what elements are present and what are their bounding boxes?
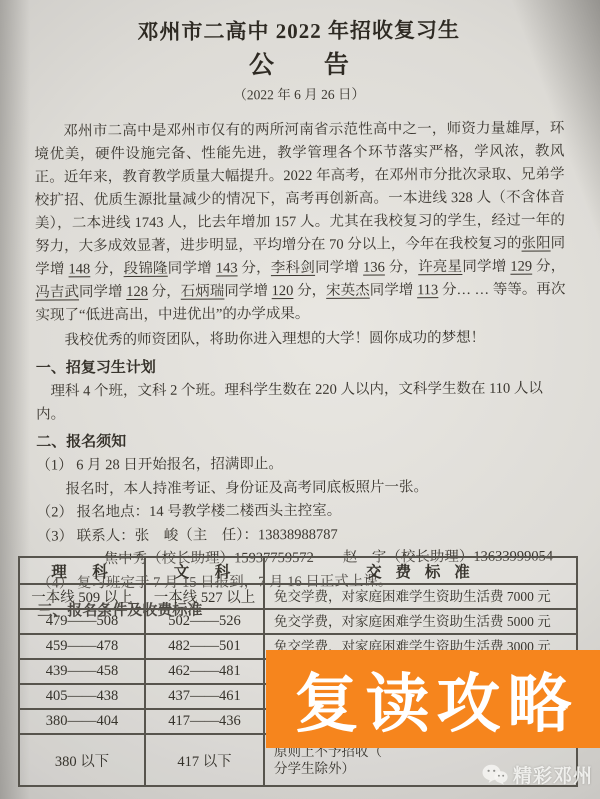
- liberal-arts-score-cell: 482——501: [145, 634, 264, 659]
- intro-text: 同学增: [224, 283, 271, 299]
- liberal-arts-score-cell: 502——526: [145, 609, 264, 634]
- science-score-cell: 439——458: [19, 659, 145, 684]
- section-1-heading: 一、招复习生计划: [36, 354, 566, 380]
- science-score-cell: 一本线 509 以上: [19, 584, 145, 609]
- underlined-highlight: 李科剑: [271, 260, 315, 276]
- notice-item-text: （3） 联系人：张 峻（主 任）：13838988787: [37, 522, 567, 549]
- intro-text: 同学增: [315, 260, 363, 276]
- underlined-highlight: 113: [417, 282, 438, 298]
- table-header-row: 理 科文 科交 费 标 准: [19, 557, 577, 584]
- notice-item-subtext: 报名时，本人持准考证、身份证及高考同底板照片一张。: [36, 475, 566, 502]
- intro-text: 分，: [293, 283, 326, 299]
- notice-item-text: （2） 报名地点：14 号教学楼二楼西头主控室。: [37, 498, 567, 525]
- liberal-arts-score-cell: 417 以下: [145, 734, 264, 786]
- table-row: 一本线 509 以上一本线 527 以上免交学费，对家庭困难学生资助生活费 70…: [19, 584, 577, 609]
- document-title: 邓州市二高中 2022 年招收复习生: [34, 14, 564, 47]
- section-1-body: 理科 4 个班，文科 2 个班。理科学生数在 220 人以内，文科学生数在 11…: [36, 377, 566, 426]
- fee-cell: 免交学费，对家庭困难学生资助生活费 7000 元: [264, 584, 577, 609]
- science-score-cell: 479——508: [19, 609, 145, 634]
- underlined-highlight: 张阳: [521, 235, 550, 251]
- table-header-cell: 理 科: [19, 557, 145, 584]
- underlined-highlight: 120: [272, 283, 294, 299]
- intro-text: 分，: [532, 258, 565, 274]
- document-photo: 邓州市二高中 2022 年招收复习生 公 告 （2022 年 6 月 26 日）…: [0, 0, 600, 799]
- underlined-highlight: 143: [216, 260, 238, 276]
- intro-text: 分，: [385, 259, 418, 275]
- intro-text: 同学增: [370, 282, 417, 298]
- document-date: （2022 年 6 月 26 日）: [34, 83, 564, 106]
- liberal-arts-score-cell: 437——461: [145, 684, 264, 709]
- underlined-highlight: 许亮星: [418, 259, 462, 275]
- wechat-icon: [482, 764, 508, 785]
- underlined-highlight: 136: [363, 259, 385, 275]
- notice-item: （1） 6 月 28 日开始报名，招满即止。报名时，本人持准考证、身份证及高考同…: [36, 451, 566, 501]
- science-score-cell: 405——438: [19, 684, 145, 709]
- fee-cell: 免交学费，对家庭困难学生资助生活费 5000 元: [264, 609, 577, 634]
- intro-text: 同学增: [462, 259, 510, 275]
- underlined-highlight: 段锦隆: [124, 261, 168, 277]
- underlined-highlight: 冯吉武: [35, 284, 79, 300]
- intro-text: 邓州市二高中是邓州市仅有的两所河南省示范性高中之一，师资力量雄厚，环境优美，硬件…: [34, 120, 565, 254]
- notice-item: （2） 报名地点：14 号教学楼二楼西头主控室。: [37, 498, 567, 525]
- underlined-highlight: 148: [68, 261, 90, 277]
- watermark: 精彩邓州: [482, 761, 593, 788]
- liberal-arts-score-cell: 462——481: [145, 659, 264, 684]
- underlined-highlight: 128: [126, 284, 148, 300]
- underlined-highlight: 129: [510, 259, 532, 275]
- underlined-highlight: 宋英杰: [326, 283, 370, 299]
- table-header-cell: 文 科: [145, 557, 264, 584]
- intro-text: 同学增: [168, 261, 216, 277]
- intro-text: 分，: [90, 261, 123, 277]
- closing-paragraph: 我校优秀的师资团队，将助你进入理想的大学！圆你成功的梦想！: [36, 326, 566, 352]
- notice-item-text: （1） 6 月 28 日开始报名，招满即止。: [36, 451, 566, 478]
- table-header-cell: 交 费 标 准: [264, 557, 577, 584]
- liberal-arts-score-cell: 417——436: [145, 709, 264, 734]
- science-score-cell: 380——404: [19, 709, 145, 734]
- underlined-highlight: 石炳瑞: [181, 283, 225, 299]
- intro-text: 分，: [238, 260, 271, 276]
- science-score-cell: 459——478: [19, 634, 145, 659]
- overlay-banner: 复读攻略: [266, 650, 600, 748]
- document-subtitle: 公 告: [34, 47, 564, 84]
- watermark-text: 精彩邓州: [513, 761, 593, 788]
- section-2-heading: 二、报名须知: [36, 428, 566, 454]
- science-score-cell: 380 以下: [19, 734, 145, 786]
- table-row: 479——508502——526免交学费，对家庭困难学生资助生活费 5000 元: [19, 609, 577, 634]
- liberal-arts-score-cell: 一本线 527 以上: [145, 584, 264, 609]
- intro-paragraph: 邓州市二高中是邓州市仅有的两所河南省示范性高中之一，师资力量雄厚，环境优美，硬件…: [34, 117, 565, 327]
- intro-text: 同学增: [79, 284, 126, 300]
- intro-text: 分，: [148, 284, 181, 300]
